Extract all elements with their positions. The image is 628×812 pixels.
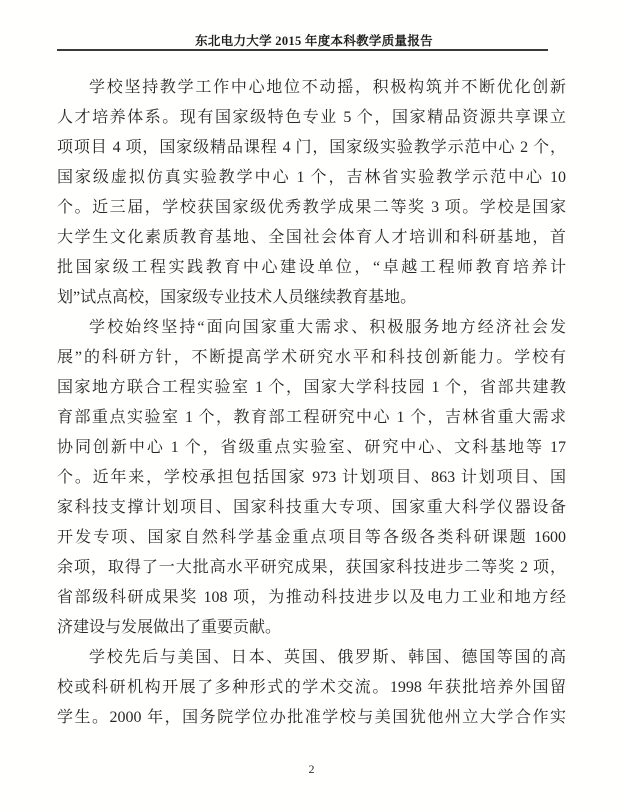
text-line: 学校坚持教学工作中心地位不动摇，积极构筑并不断优化创新 xyxy=(57,73,566,103)
paragraph: 学校始终坚持“面向国家重大需求、积极服务地方经济社会发展”的科研方针，不断提高学… xyxy=(57,313,566,643)
text-line: 家科技支撑计划项目、国家科技重大专项、国家重大科学仪器设备 xyxy=(57,493,566,523)
text-line: 个。近年来，学校承担包括国家 973 计划项目、863 计划项目、国 xyxy=(57,463,566,493)
text-line: 协同创新中心 1 个，省级重点实验室、研究中心、文科基地等 17 xyxy=(57,433,566,463)
text-line: 余项，取得了一大批高水平研究成果，获国家科技进步二等奖 2 项， xyxy=(57,553,566,583)
paragraph: 学校坚持教学工作中心地位不动摇，积极构筑并不断优化创新人才培养体系。现有国家级特… xyxy=(57,73,566,313)
header-title: 东北电力大学 2015 年度本科教学质量报告 xyxy=(0,31,628,49)
text-line: 展”的科研方针，不断提高学术研究水平和科技创新能力。学校有 xyxy=(57,343,566,373)
text-line: 省部级科研成果奖 108 项，为推动科技进步以及电力工业和地方经 xyxy=(57,583,566,613)
text-line: 开发专项、国家自然科学基金重点项目等各级各类科研课题 1600 xyxy=(57,523,566,553)
text-line: 学生。2000 年，国务院学位办批准学校与美国犹他州立大学合作实 xyxy=(57,703,566,733)
text-line: 个。近三届，学校获国家级优秀教学成果二等奖 3 项。学校是国家 xyxy=(57,193,566,223)
paragraph: 学校先后与美国、日本、英国、俄罗斯、韩国、德国等国的高校或科研机构开展了多种形式… xyxy=(57,643,566,733)
text-line: 划”试点高校，国家级专业技术人员继续教育基地。 xyxy=(57,283,566,313)
text-line: 学校先后与美国、日本、英国、俄罗斯、韩国、德国等国的高 xyxy=(57,643,566,673)
text-line: 批国家级工程实践教育中心建设单位，“卓越工程师教育培养计 xyxy=(57,253,566,283)
text-line: 人才培养体系。现有国家级特色专业 5 个，国家精品资源共享课立 xyxy=(57,103,566,133)
text-line: 学校始终坚持“面向国家重大需求、积极服务地方经济社会发 xyxy=(57,313,566,343)
page-number: 2 xyxy=(57,762,566,777)
text-line: 国家地方联合工程实验室 1 个，国家大学科技园 1 个，省部共建教 xyxy=(57,373,566,403)
text-line: 国家级虚拟仿真实验教学中心 1 个，吉林省实验教学示范中心 10 xyxy=(57,163,566,193)
text-line: 项项目 4 项，国家级精品课程 4 门，国家级实验教学示范中心 2 个， xyxy=(57,133,566,163)
header-rule xyxy=(57,49,548,51)
text-line: 大学生文化素质教育基地、全国社会体育人才培训和科研基地，首 xyxy=(57,223,566,253)
text-line: 济建设与发展做出了重要贡献。 xyxy=(57,613,566,643)
text-line: 校或科研机构开展了多种形式的学术交流。1998 年获批培养外国留 xyxy=(57,673,566,703)
document-page: 东北电力大学 2015 年度本科教学质量报告 学校坚持教学工作中心地位不动摇，积… xyxy=(0,0,628,812)
text-line: 育部重点实验室 1 个，教育部工程研究中心 1 个，吉林省重大需求 xyxy=(57,403,566,433)
document-body: 学校坚持教学工作中心地位不动摇，积极构筑并不断优化创新人才培养体系。现有国家级特… xyxy=(57,73,566,733)
